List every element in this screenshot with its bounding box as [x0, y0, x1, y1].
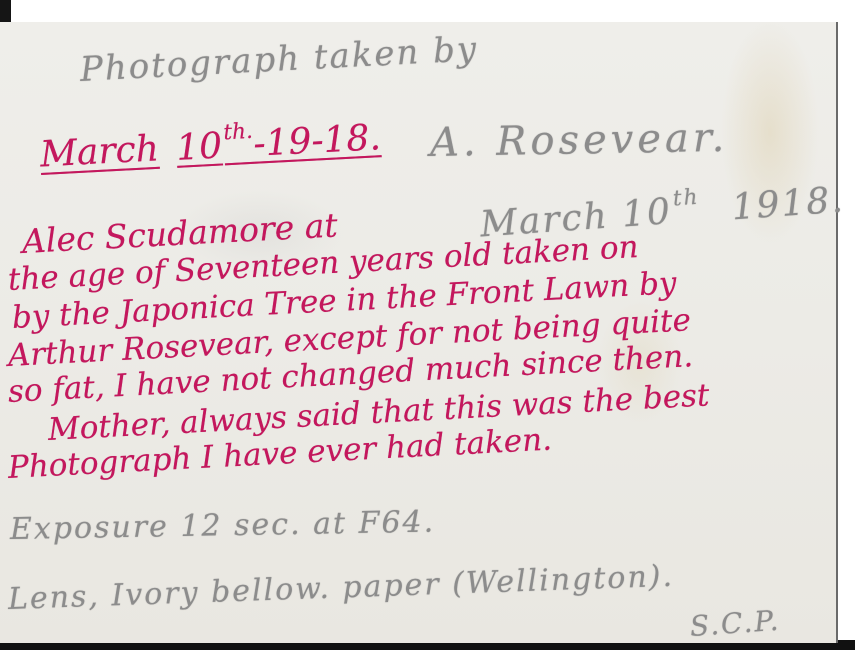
- ink-date-numbers: 10th.-19-18.: [175, 117, 382, 169]
- pencil-caption-photograph-taken-by: Photograph taken by: [79, 29, 479, 90]
- ink-date-rest: -19-18.: [252, 117, 381, 165]
- pencil-date-ordinal: th: [672, 185, 700, 212]
- pencil-initials: S.C.P.: [689, 604, 782, 643]
- pencil-lens-paper-note: Lens, Ivory bellow. paper (Wellington).: [7, 559, 674, 617]
- ink-date-month: March: [39, 128, 160, 175]
- ink-date-ordinal: th.: [223, 119, 254, 146]
- scan-corner-shadow: [0, 0, 11, 23]
- scan-corner-edge: [838, 640, 855, 650]
- scan-bottom-edge: [0, 643, 855, 650]
- pencil-signature: A. Rosevear.: [430, 115, 729, 166]
- ink-date: March 10th.-19-18.: [39, 112, 382, 175]
- pencil-date-year: 1918.: [730, 179, 846, 228]
- ink-date-day: 10: [175, 125, 223, 168]
- photo-back-paper: Photograph taken by A. Rosevear. March 1…: [0, 22, 838, 643]
- pencil-exposure-note: Exposure 12 sec. at F64.: [10, 505, 436, 547]
